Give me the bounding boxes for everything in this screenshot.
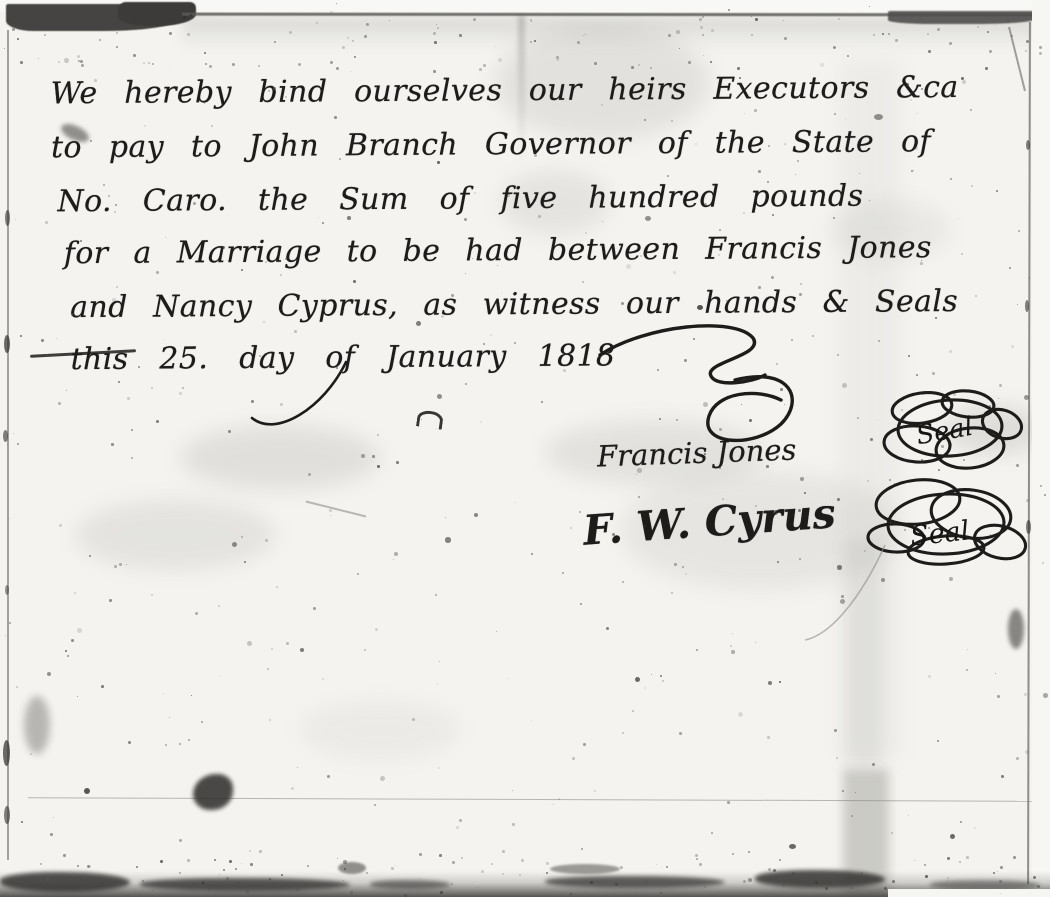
scanned-marriage-bond-page: We hereby bind ourselves our heirs Execu… xyxy=(0,0,1050,897)
faint-curve-mark xyxy=(800,540,890,650)
scratch-line xyxy=(306,501,367,517)
bottom-right-white xyxy=(888,889,1050,897)
bottom-blob xyxy=(140,878,350,891)
edge-blotch xyxy=(4,335,10,353)
ink-fleck xyxy=(300,648,304,652)
text-line-1: We hereby bind ourselves our heirs Execu… xyxy=(50,65,958,117)
edge-blotch xyxy=(5,210,10,226)
edge-blotch xyxy=(4,806,10,824)
torn-edge-top-right xyxy=(888,11,1036,24)
seal-label-1: Seal xyxy=(914,412,975,451)
ink-fleck xyxy=(84,788,90,794)
text-line-4: for a Marriage to be had between Francis… xyxy=(64,225,932,277)
edge-blob-right xyxy=(1008,609,1024,649)
signature-francis-jones: Francis Jones xyxy=(596,433,796,474)
ink-fleck xyxy=(950,834,955,839)
text-line-2: to pay to John Branch Governor of the St… xyxy=(51,119,931,171)
bottom-blob xyxy=(545,876,725,888)
ink-fleck xyxy=(635,677,640,682)
bottom-blob xyxy=(0,872,130,892)
dark-blot xyxy=(193,774,233,810)
ink-fleck xyxy=(338,862,366,874)
stain xyxy=(300,700,460,760)
seal-flourish-1: Seal xyxy=(872,386,1030,478)
bottom-blob xyxy=(370,880,450,889)
ink-mark-curve xyxy=(416,409,444,429)
bottom-blob xyxy=(755,870,885,888)
stain xyxy=(75,500,275,570)
edge-blotch xyxy=(3,430,8,442)
smudge-left xyxy=(24,696,50,754)
text-line-3: No. Caro. the Sum of five hundred pounds xyxy=(57,174,863,226)
edge-blotch xyxy=(1026,140,1030,150)
ink-fleck xyxy=(789,844,796,849)
text-line-5: and Nancy Cyprus, as witness our hands &… xyxy=(70,279,958,331)
edge-blotch xyxy=(1025,300,1029,312)
edge-blotch xyxy=(5,585,9,595)
ink-fleck xyxy=(550,864,620,874)
torn-edge-left xyxy=(7,30,9,860)
right-margin-strip xyxy=(1032,0,1050,897)
edge-blotch xyxy=(3,740,10,766)
seal-label-2: Seal xyxy=(909,515,971,552)
letter-tail-flourish xyxy=(246,356,356,451)
ink-fleck xyxy=(768,681,772,685)
